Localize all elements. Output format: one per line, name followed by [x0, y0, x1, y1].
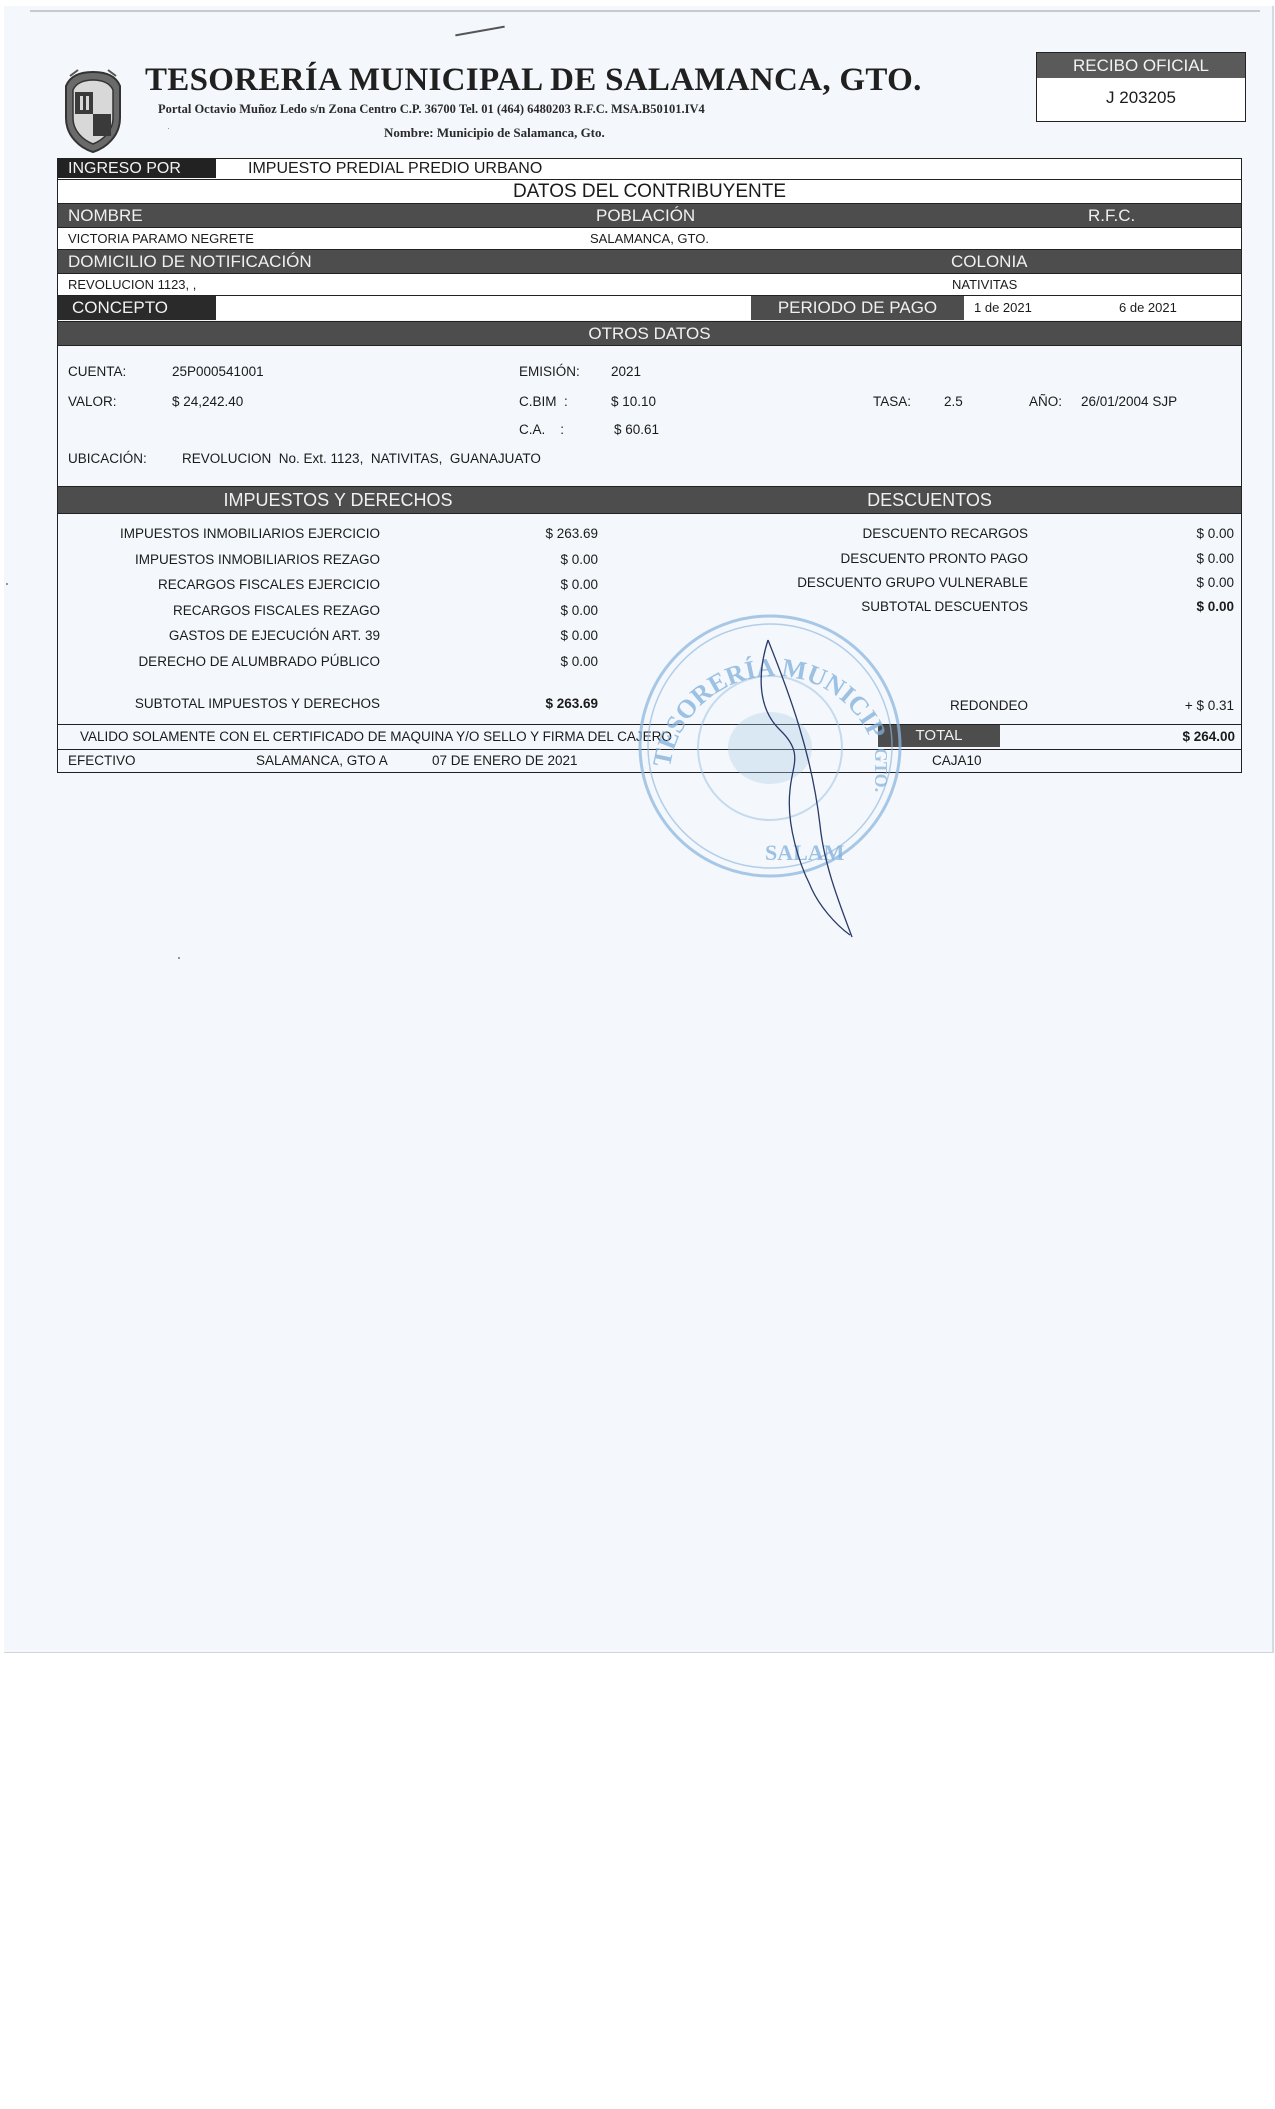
impuesto-label: DERECHO DE ALUMBRADO PÚBLICO	[78, 652, 380, 672]
contribuyente-section-title: DATOS DEL CONTRIBUYENTE	[58, 180, 1241, 204]
periodo-hasta: 6 de 2021	[1119, 296, 1177, 320]
cashier-box: CAJA10	[932, 750, 982, 772]
poblacion-value: SALAMANCA, GTO.	[590, 228, 709, 249]
emision-label: EMISIÓN:	[519, 364, 580, 379]
emision-value: 2021	[611, 364, 641, 379]
descuento-label: DESCUENTO GRUPO VULNERABLE	[698, 573, 1028, 593]
otros-datos-body: CUENTA: 25P000541001 EMISIÓN: 2021 VALOR…	[58, 346, 1241, 487]
ca-label: C.A. :	[519, 422, 564, 437]
ubicacion-value: REVOLUCION No. Ext. 1123, NATIVITAS, GUA…	[182, 451, 541, 466]
poblacion-label: POBLACIÓN	[596, 204, 695, 228]
impuestos-section-title: IMPUESTOS Y DERECHOS	[58, 487, 618, 513]
payment-date: 07 DE ENERO DE 2021	[432, 750, 578, 772]
nombre-value: VICTORIA PARAMO NEGRETE	[68, 228, 254, 249]
total-label: TOTAL	[878, 725, 1000, 747]
domicilio-value-row: REVOLUCION 1123, , NATIVITAS	[58, 274, 1241, 296]
ingreso-value: IMPUESTO PREDIAL PREDIO URBANO	[248, 159, 542, 178]
scan-speck	[6, 583, 8, 585]
receipt-number: J 203205	[1037, 78, 1245, 118]
validity-note: VALIDO SOLAMENTE CON EL CERTIFICADO DE M…	[80, 725, 672, 749]
redondeo-amount: + $ 0.31	[1138, 696, 1234, 716]
valor-label: VALOR:	[68, 394, 117, 409]
concepto-row: CONCEPTO PERIODO DE PAGO 1 de 2021 6 de …	[58, 296, 1241, 322]
official-receipt-label: RECIBO OFICIAL	[1037, 53, 1245, 78]
issuer-title: TESORERÍA MUNICIPAL DE SALAMANCA, GTO.	[145, 62, 922, 99]
valor-value: $ 24,242.40	[172, 394, 243, 409]
rfc-label: R.F.C.	[1088, 204, 1135, 228]
impuesto-label: GASTOS DE EJECUCIÓN ART. 39	[78, 626, 380, 646]
descuentos-subtotal-label: SUBTOTAL DESCUENTOS	[758, 597, 1028, 617]
nombre-label: NOMBRE	[68, 204, 143, 228]
cbim-value: $ 10.10	[611, 394, 656, 409]
impuesto-amount: $ 263.69	[528, 524, 598, 544]
impuestos-descuentos-body: IMPUESTOS INMOBILIARIOS EJERCICIO$ 263.6…	[58, 514, 1241, 725]
ingreso-label: INGRESO POR	[58, 159, 216, 178]
cbim-label: C.BIM :	[519, 394, 568, 409]
paper-top-edge	[30, 10, 1260, 12]
ubicacion-label: UBICACIÓN:	[68, 451, 147, 466]
coat-of-arms-icon	[60, 68, 126, 154]
descuentos-section-title: DESCUENTOS	[618, 487, 1241, 513]
domicilio-header-row: DOMICILIO DE NOTIFICACIÓN COLONIA	[58, 250, 1241, 274]
colonia-label: COLONIA	[951, 250, 1028, 274]
descuento-label: DESCUENTO PRONTO PAGO	[698, 549, 1028, 569]
impuestos-subtotal-label: SUBTOTAL IMPUESTOS Y DERECHOS	[78, 694, 380, 714]
impuesto-amount: $ 0.00	[528, 601, 598, 621]
nombre-header-row: NOMBRE POBLACIÓN R.F.C.	[58, 204, 1241, 228]
place-date-prefix: SALAMANCA, GTO A	[256, 750, 388, 772]
impuesto-amount: $ 0.00	[528, 575, 598, 595]
descuento-amount: $ 0.00	[1138, 524, 1234, 544]
nombre-value-row: VICTORIA PARAMO NEGRETE SALAMANCA, GTO.	[58, 228, 1241, 250]
colonia-value: NATIVITAS	[952, 274, 1017, 295]
cuenta-value: 25P000541001	[172, 364, 264, 379]
total-amount: $ 264.00	[1182, 725, 1235, 749]
ca-value: $ 60.61	[614, 422, 659, 437]
receipt-form: INGRESO POR IMPUESTO PREDIAL PREDIO URBA…	[57, 158, 1242, 773]
scan-speck	[178, 957, 180, 959]
impuesto-label: RECARGOS FISCALES REZAGO	[78, 601, 380, 621]
impuestos-subtotal-amount: $ 263.69	[528, 694, 598, 714]
payment-method: EFECTIVO	[68, 750, 136, 772]
ingreso-row: INGRESO POR IMPUESTO PREDIAL PREDIO URBA…	[58, 159, 1241, 180]
periodo-desde: 1 de 2021	[974, 296, 1032, 320]
validity-total-row: VALIDO SOLAMENTE CON EL CERTIFICADO DE M…	[58, 725, 1241, 750]
impuesto-amount: $ 0.00	[528, 550, 598, 570]
otros-datos-title: OTROS DATOS	[58, 322, 1241, 346]
scan-speck	[168, 128, 169, 129]
impuesto-label: RECARGOS FISCALES EJERCICIO	[78, 575, 380, 595]
redondeo-label: REDONDEO	[758, 696, 1028, 716]
domicilio-value: REVOLUCION 1123, ,	[68, 274, 196, 295]
official-receipt-box: RECIBO OFICIAL J 203205	[1036, 52, 1246, 122]
concepto-value	[216, 296, 751, 320]
anio-label: AÑO:	[1029, 394, 1062, 409]
cuenta-label: CUENTA:	[68, 364, 126, 379]
impuesto-label: IMPUESTOS INMOBILIARIOS EJERCICIO	[78, 524, 380, 544]
tasa-value: 2.5	[944, 394, 963, 409]
issuer-name-line: Nombre: Municipio de Salamanca, Gto.	[384, 125, 605, 141]
descuento-label: DESCUENTO RECARGOS	[698, 524, 1028, 544]
descuento-amount: $ 0.00	[1138, 549, 1234, 569]
impuesto-label: IMPUESTOS INMOBILIARIOS REZAGO	[78, 550, 380, 570]
domicilio-label: DOMICILIO DE NOTIFICACIÓN	[68, 250, 312, 274]
impuesto-amount: $ 0.00	[528, 626, 598, 646]
impuesto-amount: $ 0.00	[528, 652, 598, 672]
anio-value: 26/01/2004 SJP	[1081, 394, 1177, 409]
descuentos-subtotal-amount: $ 0.00	[1138, 597, 1234, 617]
tasa-label: TASA:	[873, 394, 911, 409]
periodo-pago-label: PERIODO DE PAGO	[751, 296, 964, 320]
descuento-amount: $ 0.00	[1138, 573, 1234, 593]
impuestos-descuentos-header: IMPUESTOS Y DERECHOS DESCUENTOS	[58, 487, 1241, 514]
issuer-address: Portal Octavio Muñoz Ledo s/n Zona Centr…	[158, 102, 705, 117]
payment-row: EFECTIVO SALAMANCA, GTO A 07 DE ENERO DE…	[58, 750, 1241, 773]
periodo-pago-values: 1 de 2021 6 de 2021	[964, 296, 1241, 320]
concepto-label: CONCEPTO	[58, 296, 216, 320]
